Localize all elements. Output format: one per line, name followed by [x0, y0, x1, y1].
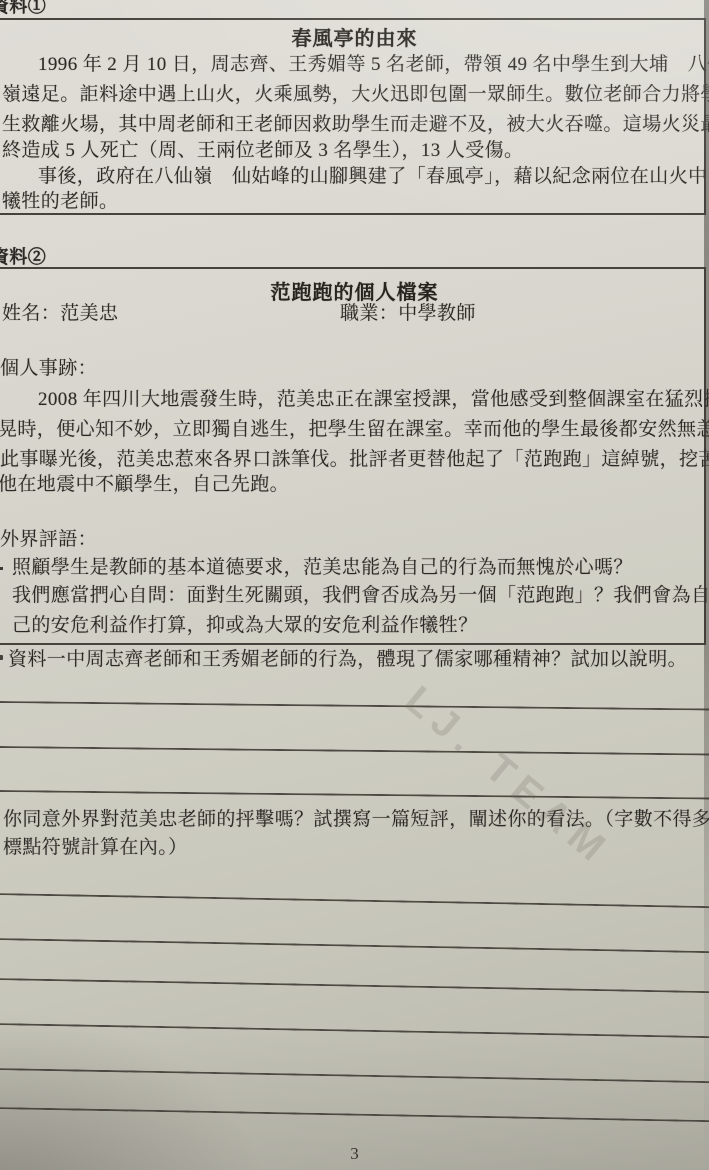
material1-line: 犧牲的老師。: [2, 190, 118, 214]
answer-line: [0, 1023, 709, 1038]
material2-title: 范跑跑的個人檔案: [0, 276, 709, 305]
bullet-dot-icon: [0, 655, 3, 660]
answer-line: [0, 1107, 709, 1122]
material2-deeds-line: 2008 年四川大地震發生時，范美忠正在課室授課，當他感受到整個課室在猛烈搖: [38, 388, 709, 412]
answer-line: [0, 1068, 709, 1083]
bullet-dash-icon: [0, 567, 3, 570]
material1-label: 資料①: [0, 0, 46, 18]
answer-line: [0, 938, 709, 953]
question2-line: 標點符號計算在內。）: [3, 836, 188, 860]
material2-label: 資料②: [0, 245, 46, 269]
answer-line: [0, 746, 709, 756]
material2-deeds-line: 晃時，便心知不妙，立即獨自逃生，把學生留在課室。幸而他的學生最後都安然無恙。: [0, 418, 709, 442]
answer-line: [0, 978, 709, 993]
answer-line: [0, 790, 709, 800]
answer-line: [0, 893, 709, 908]
question2-line: 你同意外界對范美忠老師的抨擊嗎？試撰寫一篇短評，闡述你的看法。（字數不得多: [3, 808, 709, 832]
material2-deeds-line: 他在地震中不顧學生，自己先跑。: [0, 473, 289, 497]
material2-deeds-line: 此事曝光後，范美忠惹來各界口誅筆伐。批評者更替他起了「范跑跑」這綽號，挖苦: [0, 448, 709, 472]
material2-name-field: 姓名：范美忠: [2, 302, 118, 326]
scanned-worksheet-page: { "colors": { "paper_light": "#dfddd6", …: [0, 0, 709, 1170]
material2-comments-heading: 外界評語：: [0, 528, 97, 552]
material1-line: 事後，政府在八仙嶺 仙姑峰的山腳興建了「春風亭」，藉以紀念兩位在山火中: [38, 165, 708, 189]
page-number: 3: [0, 1144, 709, 1164]
question1-text: 資料一中周志齊老師和王秀媚老師的行為，體現了儒家哪種精神？試加以說明。: [8, 648, 687, 672]
material2-job-field: 職業：中學教師: [340, 302, 476, 326]
material2-comment: 我們應當捫心自問：面對生死關頭，我們會否成為另一個「范跑跑」？我們會為自: [12, 584, 709, 608]
material2-deeds-heading: 個人事跡：: [0, 357, 97, 381]
material1-title: 春風亭的由來: [0, 22, 709, 51]
material2-comment: 照顧學生是教師的基本道德要求，范美忠能為自己的行為而無愧於心嗎？: [12, 556, 633, 580]
material1-line: 嶺遠足。詎料途中遇上山火，火乘風勢，大火迅即包圍一眾師生。數位老師合力將學: [2, 83, 709, 107]
material1-line: 生救離火場，其中周老師和王老師因救助學生而走避不及，被大火吞噬。這場火災最: [2, 113, 709, 137]
material1-line: 終造成 5 人死亡（周、王兩位老師及 3 名學生），13 人受傷。: [2, 139, 523, 163]
answer-line: [0, 701, 709, 711]
material1-line: 1996 年 2 月 10 日，周志齊、王秀媚等 5 名老師，帶領 49 名中學…: [38, 53, 709, 77]
material2-comment: 己的安危利益作打算，抑或為大眾的安危利益作犧牲？: [12, 614, 478, 638]
